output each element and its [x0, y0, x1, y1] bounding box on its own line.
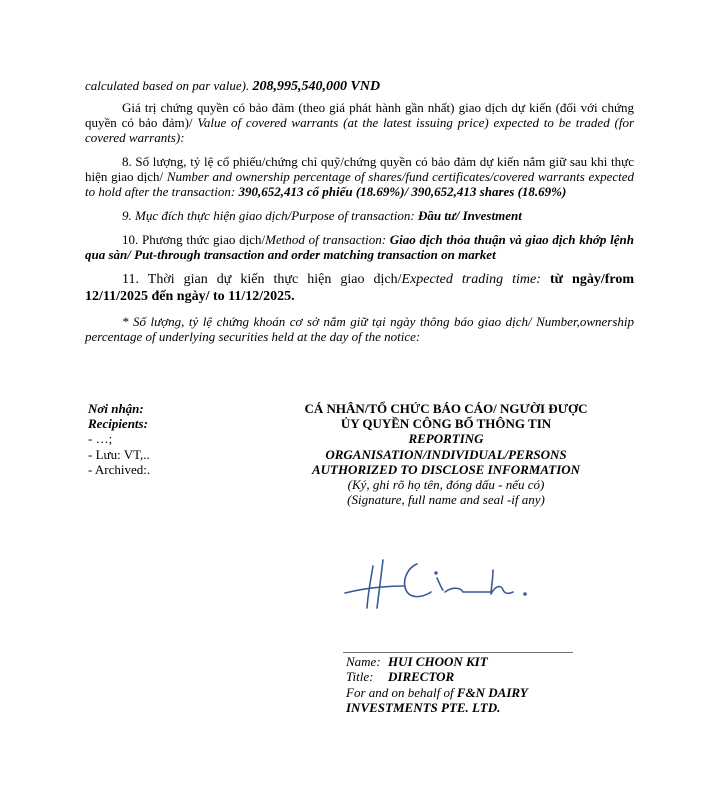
recipient-item: - Archived:.: [88, 462, 248, 477]
document-body: calculated based on par value). 208,995,…: [85, 78, 634, 344]
heading-en-line-3: AUTHORIZED TO DISCLOSE INFORMATION: [312, 462, 580, 477]
heading-en-line-1: REPORTING: [408, 431, 483, 446]
name-label: Name:: [346, 654, 388, 669]
title-label: Title:: [346, 669, 388, 684]
covered-warrants-paragraph: Giá trị chứng quyền có bảo đảm (theo giá…: [85, 100, 634, 145]
company-name-line-1: F&N DAIRY: [457, 685, 528, 700]
item-8-value: 390,652,413 cổ phiếu (18.69%)/ 390,652,4…: [238, 184, 566, 199]
transaction-value: 208,995,540,000 VND: [253, 79, 381, 94]
recipient-item: - …;: [88, 431, 248, 446]
signature-line: [343, 652, 573, 653]
signer-name: HUI CHOON KIT: [388, 654, 488, 669]
item-10-vn: 10. Phương thức giao dịch/: [122, 232, 265, 247]
item-11-en: Expected trading time:: [402, 272, 550, 287]
item-11-trading-time: 11. Thời gian dự kiến thực hiện giao dịc…: [85, 271, 634, 305]
recipients-block: Nơi nhận: Recipients: - …; - Lưu: VT,.. …: [88, 401, 248, 477]
signature-heading: CÁ NHÂN/TỔ CHỨC BÁO CÁO/ NGƯỜI ĐƯỢC ỦY Q…: [258, 401, 634, 507]
value-tail-text: calculated based on par value).: [85, 78, 253, 93]
item-9-en: Purpose of transaction:: [291, 208, 418, 223]
item-9-value: Đầu tư/ Investment: [418, 208, 522, 223]
company-name-line-2: INVESTMENTS PTE. LTD.: [346, 700, 500, 715]
heading-vn-line-2: ỦY QUYỀN CÔNG BỐ THÔNG TIN: [341, 416, 551, 431]
underlying-securities-note: * Số lượng, tỷ lệ chứng khoán cơ sở nắm …: [85, 314, 634, 344]
value-paragraph-tail: calculated based on par value). 208,995,…: [85, 78, 634, 94]
note-text: * Số lượng, tỷ lệ chứng khoán cơ sở nắm …: [85, 314, 634, 344]
behalf-label: For and on behalf of: [346, 685, 457, 700]
item-11-vn: 11. Thời gian dự kiến thực hiện giao dịc…: [122, 272, 402, 287]
recipients-label-en: Recipients:: [88, 416, 248, 431]
sign-instruction-vn: (Ký, ghi rõ họ tên, đóng dấu - nếu có): [348, 477, 545, 492]
item-9-purpose: 9. Mục đích thực hiện giao dịch/Purpose …: [85, 208, 634, 223]
heading-vn-line-1: CÁ NHÂN/TỔ CHỨC BÁO CÁO/ NGƯỜI ĐƯỢC: [304, 401, 587, 416]
heading-en-line-2: ORGANISATION/INDIVIDUAL/PERSONS: [325, 447, 566, 462]
handwritten-signature: [335, 548, 535, 612]
recipients-label-vn: Nơi nhận:: [88, 401, 248, 416]
item-10-method: 10. Phương thức giao dịch/Method of tran…: [85, 232, 634, 262]
signer-details: Name:HUI CHOON KIT Title:DIRECTOR For an…: [346, 654, 528, 715]
item-9-vn: 9. Mục đích thực hiện giao dịch/: [122, 208, 291, 223]
item-8-holdings-after: 8. Số lượng, tỷ lệ cổ phiếu/chứng chỉ qu…: [85, 154, 634, 199]
item-10-en: Method of transaction:: [265, 232, 390, 247]
recipient-item: - Lưu: VT,..: [88, 447, 248, 462]
sign-instruction-en: (Signature, full name and seal -if any): [347, 492, 545, 507]
signer-title: DIRECTOR: [388, 669, 454, 684]
